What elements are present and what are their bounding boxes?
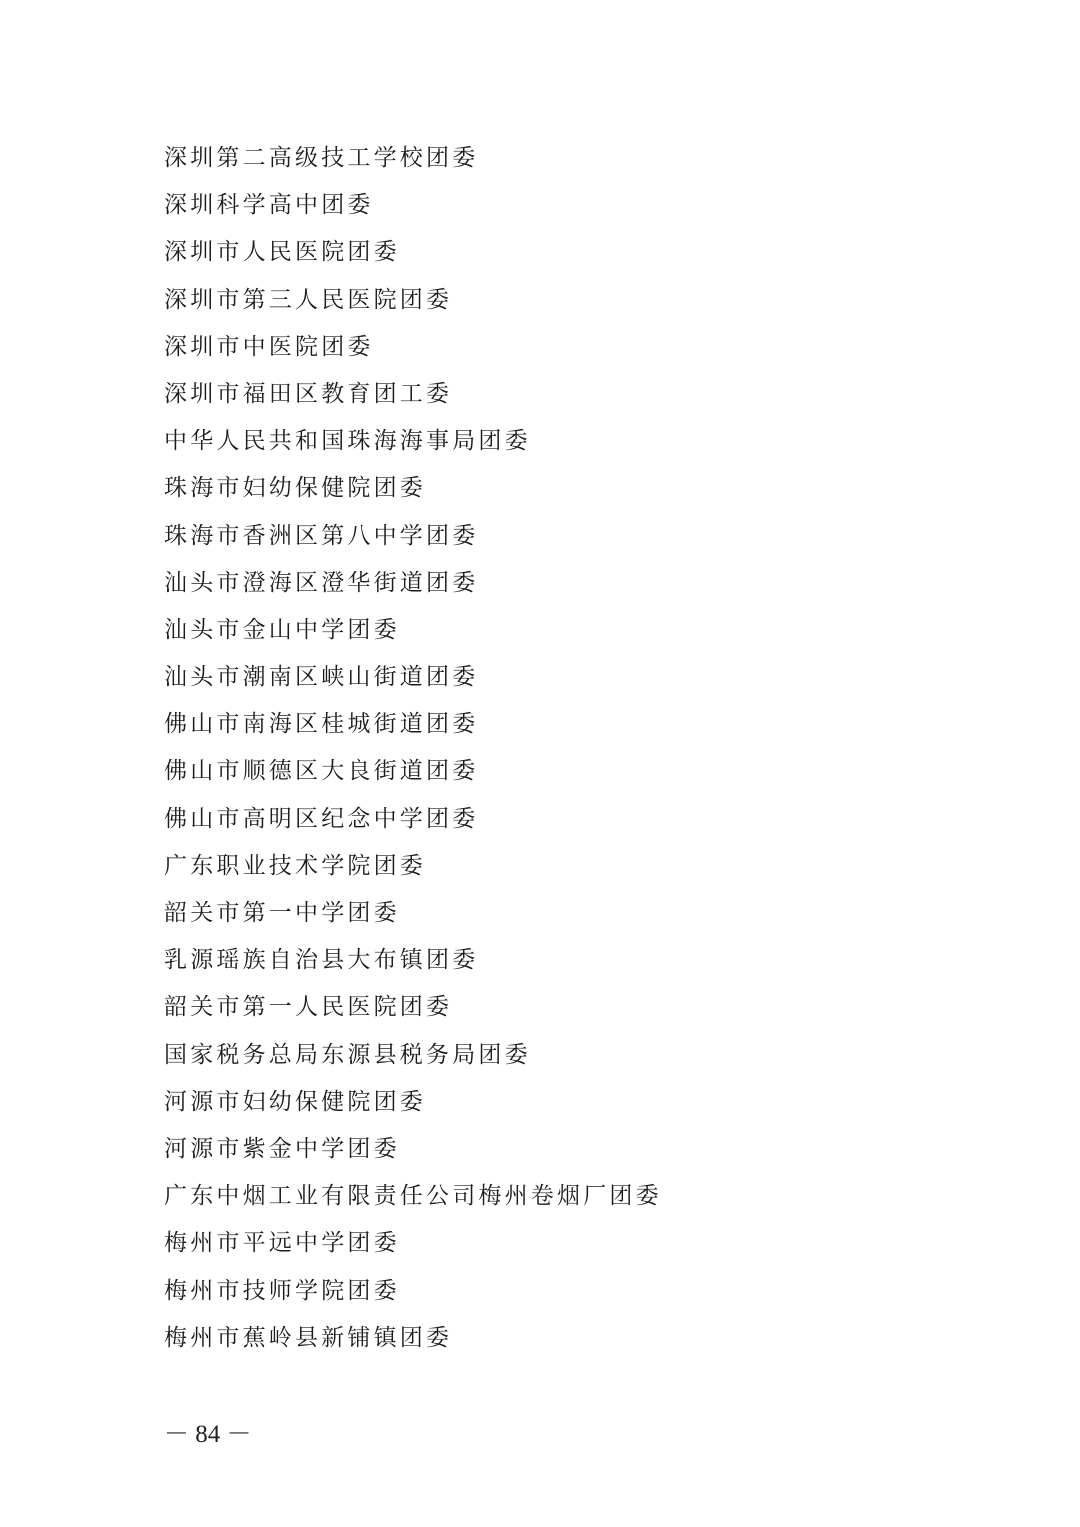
document-page: 深圳第二高级技工学校团委 深圳科学高中团委 深圳市人民医院团委 深圳市第三人民医… <box>0 0 1080 1527</box>
page-number: － 84 － <box>164 1419 252 1451</box>
organization-item: 珠海市妇幼保健院团委 <box>164 469 662 516</box>
organization-item: 深圳第二高级技工学校团委 <box>164 139 662 186</box>
organization-item: 广东中烟工业有限责任公司梅州卷烟厂团委 <box>164 1177 662 1224</box>
organization-item: 韶关市第一人民医院团委 <box>164 988 662 1035</box>
organization-item: 佛山市南海区桂城街道团委 <box>164 705 662 752</box>
organization-item: 国家税务总局东源县税务局团委 <box>164 1036 662 1083</box>
organization-item: 深圳市第三人民医院团委 <box>164 281 662 328</box>
organization-item: 汕头市澄海区澄华街道团委 <box>164 564 662 611</box>
organization-item: 梅州市蕉岭县新铺镇团委 <box>164 1319 662 1366</box>
organization-item: 佛山市顺德区大良街道团委 <box>164 752 662 799</box>
organization-item: 梅州市平远中学团委 <box>164 1224 662 1271</box>
organization-item: 广东职业技术学院团委 <box>164 847 662 894</box>
organization-item: 河源市紫金中学团委 <box>164 1130 662 1177</box>
organization-item: 深圳科学高中团委 <box>164 186 662 233</box>
organization-item: 深圳市人民医院团委 <box>164 233 662 280</box>
organization-item: 梅州市技师学院团委 <box>164 1272 662 1319</box>
organization-item: 河源市妇幼保健院团委 <box>164 1083 662 1130</box>
organization-item: 乳源瑶族自治县大布镇团委 <box>164 941 662 988</box>
organization-item: 深圳市中医院团委 <box>164 328 662 375</box>
organization-item: 佛山市高明区纪念中学团委 <box>164 800 662 847</box>
organization-item: 深圳市福田区教育团工委 <box>164 375 662 422</box>
organization-item: 韶关市第一中学团委 <box>164 894 662 941</box>
organization-item: 珠海市香洲区第八中学团委 <box>164 517 662 564</box>
organization-item: 中华人民共和国珠海海事局团委 <box>164 422 662 469</box>
organization-list: 深圳第二高级技工学校团委 深圳科学高中团委 深圳市人民医院团委 深圳市第三人民医… <box>164 139 662 1366</box>
organization-item: 汕头市潮南区峡山街道团委 <box>164 658 662 705</box>
organization-item: 汕头市金山中学团委 <box>164 611 662 658</box>
